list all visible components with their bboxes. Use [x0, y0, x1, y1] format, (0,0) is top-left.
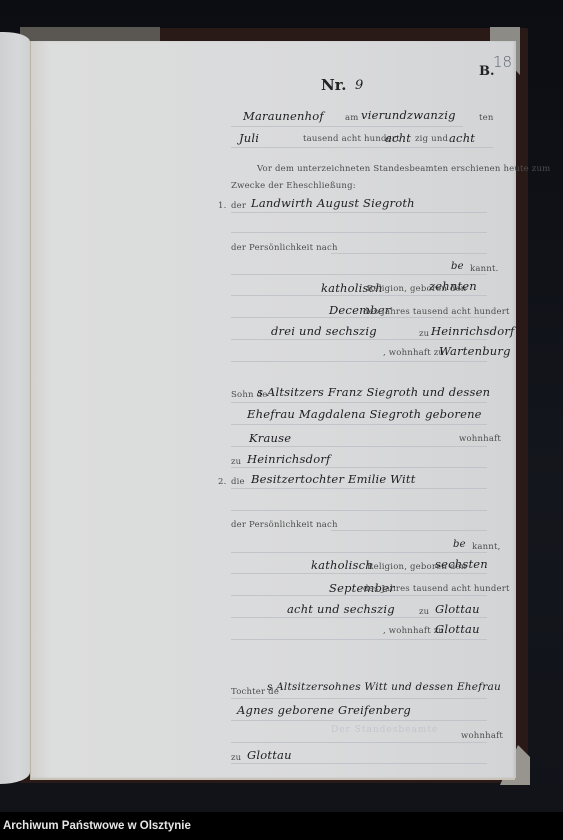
- groom-residence-label: , wohnhaft zu: [383, 348, 444, 358]
- place-of-registration: Maraunenhof: [243, 109, 324, 123]
- bride-birth-year: acht und sechszig: [287, 602, 395, 616]
- registration-decade: acht: [385, 131, 411, 145]
- folio-number: 18: [493, 53, 512, 71]
- groom-index: 1.: [218, 201, 227, 211]
- groom-article: der: [231, 201, 246, 211]
- bride-residence: Glottau: [435, 622, 480, 636]
- archive-name: Archiwum Państwowe w Olsztynie: [3, 820, 191, 832]
- bride-index: 2.: [218, 477, 227, 487]
- bride-known-prefix: be: [453, 539, 466, 550]
- groom-parents-residence-label: wohnhaft: [459, 434, 501, 444]
- document-scan: Nr. 9 B. 18 Maraunenhof am vierundzwanzi…: [0, 0, 563, 812]
- bleed-through-text: Der Standesbeamte: [331, 725, 438, 735]
- groom-parents-line2: Ehefrau Magdalena Siegroth geborene: [247, 407, 482, 421]
- bride-parents-residence-label: wohnhaft: [461, 731, 503, 741]
- bride-birth-day: sechsten: [435, 557, 488, 571]
- register-page: Nr. 9 B. 18 Maraunenhof am vierundzwanzi…: [30, 41, 516, 778]
- bride-parents-line1: s Altsitzersohnes Witt und dessen Ehefra…: [267, 681, 501, 693]
- registration-day: vierundzwanzig: [361, 108, 456, 122]
- registration-year-unit: acht: [449, 131, 475, 145]
- left-page: [0, 32, 30, 784]
- bride-article: die: [231, 477, 245, 487]
- intro-text-line2: Zwecke der Eheschließung:: [231, 181, 356, 191]
- groom-parents-zu: zu: [231, 457, 241, 467]
- groom-residence: Wartenburg: [439, 344, 511, 358]
- printed-zig-und: zig und: [415, 134, 448, 144]
- groom-identity-label: der Persönlichkeit nach: [231, 243, 338, 253]
- groom-parents-line3: Krause: [249, 431, 291, 445]
- record-number-label: Nr.: [321, 76, 346, 94]
- page-edge: [30, 778, 515, 780]
- bride-parents-residence: Glottau: [247, 748, 292, 762]
- bride-known-label: kannt,: [472, 542, 501, 552]
- bride-birthplace: Glottau: [435, 602, 480, 616]
- bride-parents-line2: Agnes geborene Greifenberg: [237, 703, 411, 717]
- groom-parents-residence: Heinrichsdorf: [247, 452, 330, 466]
- groom-year-label: des Jahres tausend acht hundert: [363, 307, 510, 317]
- groom-birth-day: zehnten: [429, 279, 477, 293]
- record-number-value: 9: [355, 78, 363, 93]
- bride-birthplace-zu: zu: [419, 607, 429, 617]
- registration-month: Juli: [239, 131, 259, 145]
- archive-footer: Archiwum Państwowe w Olsztynie: [0, 812, 563, 840]
- bride-identity-label: der Persönlichkeit nach: [231, 520, 338, 530]
- bride-year-label: des Jahres tausend acht hundert: [363, 584, 510, 594]
- groom-birthplace: Heinrichsdorf: [431, 324, 514, 338]
- groom-known-prefix: be: [451, 261, 464, 272]
- groom-known-label: kannt.: [470, 264, 499, 274]
- groom-name: Landwirth August Siegroth: [251, 196, 415, 210]
- groom-birthplace-zu: zu: [419, 329, 429, 339]
- intro-text-line1: Vor dem unterzeichneten Standesbeamten e…: [257, 164, 550, 174]
- groom-birth-year: drei und sechszig: [271, 324, 377, 338]
- bride-name: Besitzertochter Emilie Witt: [251, 472, 416, 486]
- groom-parents-line1: s Altsitzers Franz Siegroth und dessen: [257, 385, 490, 399]
- printed-am: am: [345, 113, 359, 123]
- printed-ten: ten: [479, 113, 494, 123]
- bride-parents-zu: zu: [231, 753, 241, 763]
- bride-religion: katholisch: [311, 558, 373, 572]
